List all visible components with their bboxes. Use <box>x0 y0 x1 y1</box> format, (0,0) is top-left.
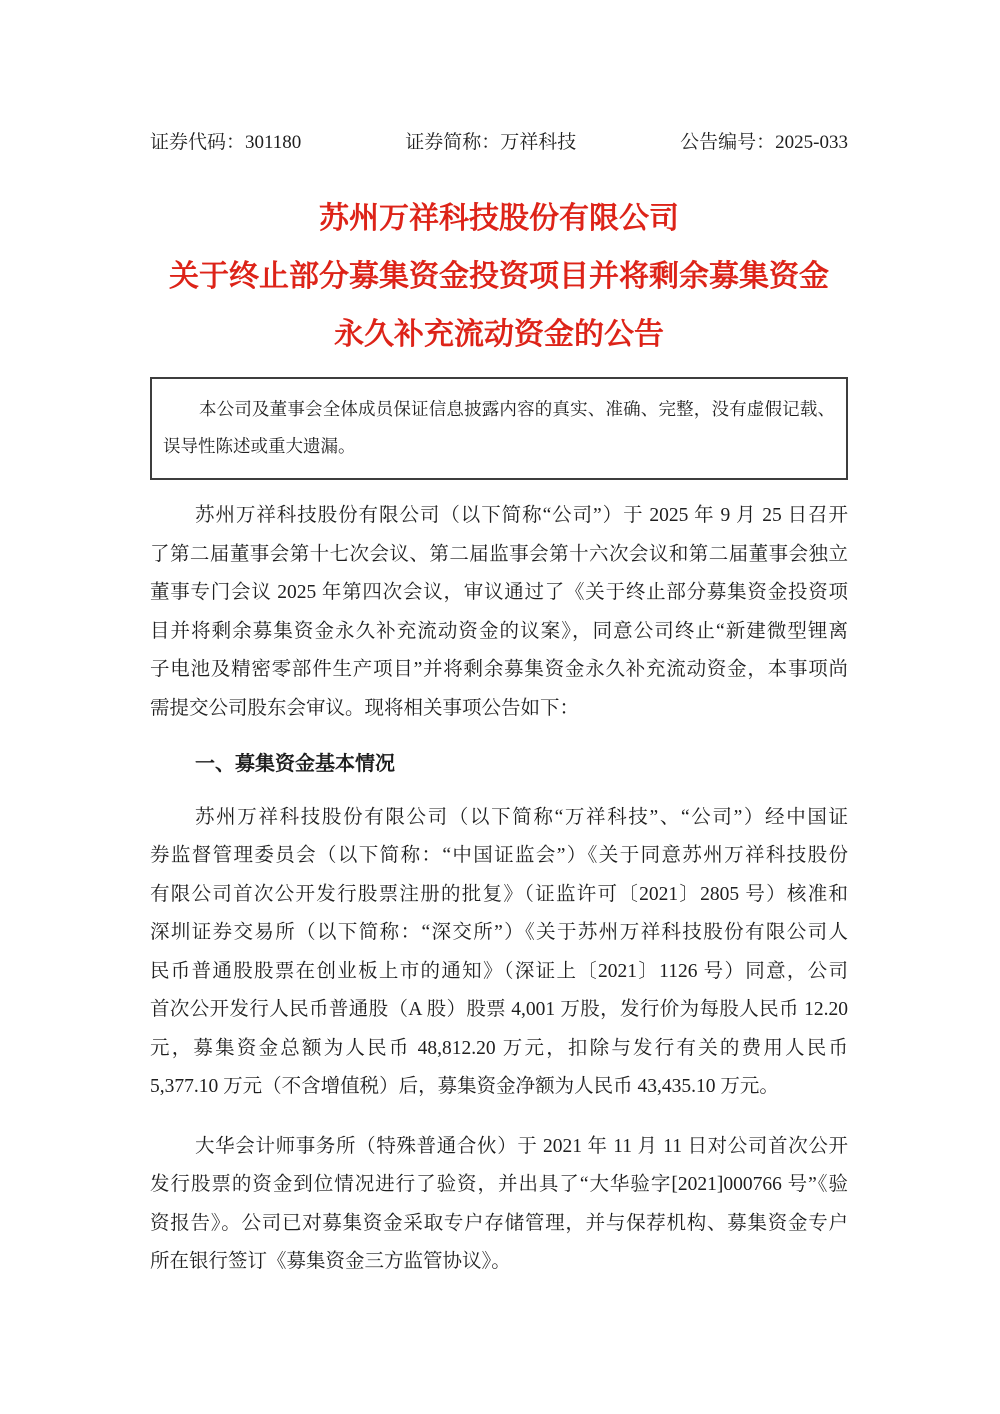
text-line: 本公司及董事会全体成员保证信息披露内容的真实、准确、完整，没有虚假记载、 <box>163 391 835 428</box>
text-line: 苏州万祥科技股份有限公司（以下简称“万祥科技”、“公司”）经中国证 <box>150 799 848 838</box>
text-line: 苏州万祥科技股份有限公司 <box>150 190 848 248</box>
text-line: 大华会计师事务所（特殊普通合伙）于 2021 年 11 月 11 日对公司首次公… <box>150 1128 848 1167</box>
text-line: 需提交公司股东会审议。现将相关事项公告如下： <box>150 690 848 729</box>
stock-code-value: 301180 <box>245 132 301 153</box>
text-line: 资报告》。公司已对募集资金采取专户存储管理，并与保荐机构、募集资金专户 <box>150 1205 848 1244</box>
text-line: 民币普通股股票在创业板上市的通知》（深证上〔2021〕1126 号）同意，公司 <box>150 953 848 992</box>
page-content: 证券代码：301180 证券简称：万祥科技 公告编号：2025-033 苏州万祥… <box>150 0 848 1282</box>
announcement-number: 公告编号：2025-033 <box>680 131 848 154</box>
securities-info-row: 证券代码：301180 证券简称：万祥科技 公告编号：2025-033 <box>150 131 848 154</box>
paragraph-capital-verification: 大华会计师事务所（特殊普通合伙）于 2021 年 11 月 11 日对公司首次公… <box>150 1128 848 1282</box>
text-line: 发行股票的资金到位情况进行了验资，并出具了“大华验字[2021]000766 号… <box>150 1166 848 1205</box>
document-title: 苏州万祥科技股份有限公司关于终止部分募集资金投资项目并将剩余募集资金永久补充流动… <box>150 190 848 364</box>
stock-short-name: 证券简称：万祥科技 <box>405 131 576 154</box>
announcement-number-value: 2025-033 <box>775 132 848 153</box>
text-line: 子电池及精密零部件生产项目”并将剩余募集资金永久补充流动资金，本事项尚 <box>150 651 848 690</box>
stock-code: 证券代码：301180 <box>150 131 301 154</box>
paragraph-board-meeting: 苏州万祥科技股份有限公司（以下简称“公司”）于 2025 年 9 月 25 日召… <box>150 497 848 728</box>
text-line: 董事专门会议 2025 年第四次会议，审议通过了《关于终止部分募集资金投资项 <box>150 574 848 613</box>
text-line: 券监督管理委员会（以下简称：“中国证监会”）《关于同意苏州万祥科技股份 <box>150 837 848 876</box>
text-line: 首次公开发行人民币普通股（A 股）股票 4,001 万股，发行价为每股人民币 1… <box>150 991 848 1030</box>
text-line: 永久补充流动资金的公告 <box>150 306 848 364</box>
announcement-page: 证券代码：301180 证券简称：万祥科技 公告编号：2025-033 苏州万祥… <box>0 0 1000 1414</box>
stock-short-name-label: 证券简称： <box>405 132 500 153</box>
text-line: 了第二届董事会第十七次会议、第二届监事会第十六次会议和第二届董事会独立 <box>150 536 848 575</box>
stock-code-label: 证券代码： <box>150 132 245 153</box>
text-line: 有限公司首次公开发行股票注册的批复》（证监许可〔2021〕2805 号）核准和 <box>150 876 848 915</box>
text-line: 误导性陈述或重大遗漏。 <box>163 428 835 465</box>
section-heading-fundraising-basics: 一、募集资金基本情况 <box>150 745 848 784</box>
stock-short-name-value: 万祥科技 <box>500 132 576 153</box>
paragraph-ipo-fundraising: 苏州万祥科技股份有限公司（以下简称“万祥科技”、“公司”）经中国证券监督管理委员… <box>150 799 848 1107</box>
text-line: 深圳证券交易所（以下简称：“深交所”）《关于苏州万祥科技股份有限公司人 <box>150 914 848 953</box>
text-line: 元，募集资金总额为人民币 48,812.20 万元，扣除与发行有关的费用人民币 <box>150 1030 848 1069</box>
text-line: 关于终止部分募集资金投资项目并将剩余募集资金 <box>150 248 848 306</box>
text-line: 所在银行签订《募集资金三方监管协议》。 <box>150 1243 848 1282</box>
text-line: 苏州万祥科技股份有限公司（以下简称“公司”）于 2025 年 9 月 25 日召… <box>150 497 848 536</box>
text-line: 一、募集资金基本情况 <box>150 745 848 784</box>
text-line: 目并将剩余募集资金永久补充流动资金的议案》，同意公司终止“新建微型锂离 <box>150 613 848 652</box>
disclaimer-box: 本公司及董事会全体成员保证信息披露内容的真实、准确、完整，没有虚假记载、误导性陈… <box>150 377 848 480</box>
announcement-number-label: 公告编号： <box>680 132 775 153</box>
text-line: 5,377.10 万元（不含增值税）后，募集资金净额为人民币 43,435.10… <box>150 1068 848 1107</box>
